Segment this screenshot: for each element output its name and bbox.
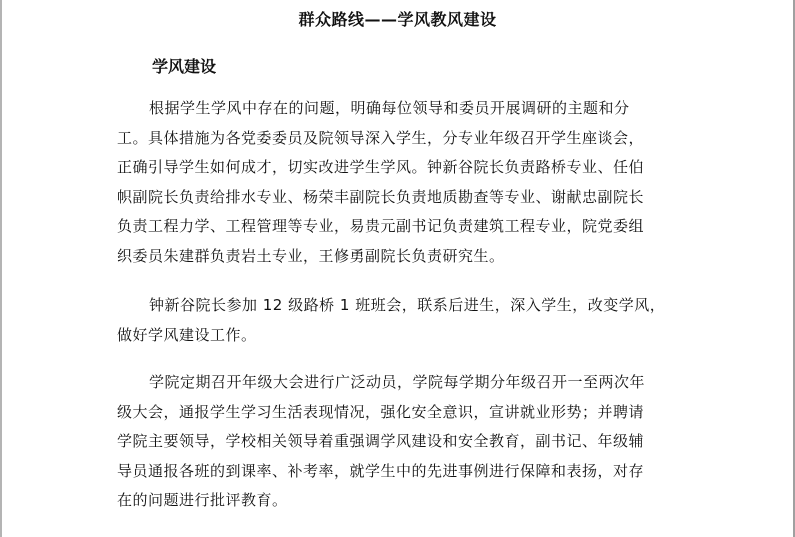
- paragraph-line: 学院主要领导，学校相关领导着重强调学风建设和安全教育，副书记、年级辅: [117, 427, 601, 457]
- paragraph-line: 学院定期召开年级大会进行广泛动员，学院每学期分年级召开一至两次年: [117, 368, 601, 398]
- paragraph-line: 做好学风建设工作。: [117, 321, 601, 351]
- paragraph-line: 根据学生学风中存在的问题，明确每位领导和委员开展调研的主题和分: [117, 94, 601, 124]
- paragraph-line: 钟新谷院长参加 12 级路桥 1 班班会，联系后进生，深入学生，改变学风，: [117, 291, 601, 321]
- paragraph-grade-assembly: 学院定期召开年级大会进行广泛动员，学院每学期分年级召开一至两次年 级大会，通报学…: [117, 368, 601, 516]
- paragraph-line: 正确引导学生如何成才，切实改进学生学风。钟新谷院长负责路桥专业、任伯: [117, 153, 601, 183]
- paragraph-line: 负责工程力学、工程管理等专业，易贵元副书记负责建筑工程专业，院党委组: [117, 212, 601, 242]
- document-title: 群众路线——学风教风建设: [0, 9, 795, 31]
- paragraph-line: 在的问题进行批评教育。: [117, 486, 601, 516]
- paragraph-responsibilities: 根据学生学风中存在的问题，明确每位领导和委员开展调研的主题和分 工。具体措施为各…: [117, 94, 601, 271]
- paragraph-line: 工。具体措施为各党委委员及院领导深入学生，分专业年级召开学生座谈会，: [117, 124, 601, 154]
- paragraph-line: 级大会，通报学生学习生活表现情况，强化安全意识，宣讲就业形势；并聘请: [117, 398, 601, 428]
- section-heading: 学风建设: [152, 56, 216, 78]
- paragraph-line: 帜副院长负责给排水专业、杨荣丰副院长负责地质勘查等专业、谢献忠副院长: [117, 183, 601, 213]
- document-page: 群众路线——学风教风建设 学风建设 根据学生学风中存在的问题，明确每位领导和委员…: [0, 0, 795, 537]
- paragraph-line: 织委员朱建群负责岩土专业，王修勇副院长负责研究生。: [117, 242, 601, 272]
- paragraph-class-meeting: 钟新谷院长参加 12 级路桥 1 班班会，联系后进生，深入学生，改变学风， 做好…: [117, 291, 601, 350]
- paragraph-line: 导员通报各班的到课率、补考率，就学生中的先进事例进行保障和表扬，对存: [117, 457, 601, 487]
